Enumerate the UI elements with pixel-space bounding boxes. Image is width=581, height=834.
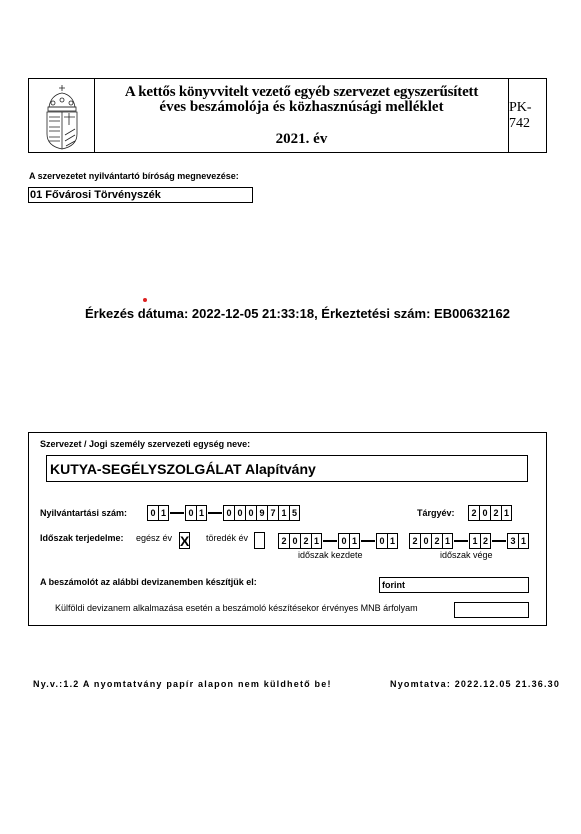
digit-cell: 2	[468, 505, 479, 521]
digit-cell: 1	[311, 533, 322, 549]
period-start-label: időszak kezdete	[298, 550, 363, 560]
digit-group: 2021	[468, 505, 512, 521]
digit-group: 0009715	[223, 505, 300, 521]
period-end-label: időszak vége	[440, 550, 493, 560]
separator-dash	[492, 540, 506, 542]
coat-of-arms-icon	[29, 79, 95, 152]
digit-group: 01	[376, 533, 398, 549]
org-name-field[interactable]: KUTYA-SEGÉLYSZOLGÁLAT Alapítvány	[46, 455, 528, 482]
digit-group: 01	[338, 533, 360, 549]
footer-version-note: Ny.v.:1.2 A nyomtatvány papír alapon nem…	[33, 679, 332, 689]
form-year: 2021. év	[95, 131, 508, 148]
digit-cell: 9	[256, 505, 267, 521]
digit-cell: 0	[479, 505, 490, 521]
period-start-field[interactable]: 20210101	[278, 533, 398, 549]
currency-field[interactable]: forint	[379, 577, 529, 593]
separator-dash	[170, 512, 184, 514]
digit-group: 31	[507, 533, 529, 549]
form-title: A kettős könyvvitelt vezető egyéb szerve…	[95, 79, 509, 152]
digit-cell: 2	[490, 505, 501, 521]
digit-cell: 0	[376, 533, 387, 549]
registration-number-field[interactable]: 01010009715	[147, 505, 300, 521]
digit-group: 2021	[409, 533, 453, 549]
digit-cell: 1	[469, 533, 480, 549]
digit-cell: 2	[409, 533, 420, 549]
logo-cell	[29, 79, 95, 152]
partial-year-checkbox[interactable]	[254, 532, 265, 549]
red-marker	[143, 298, 147, 302]
separator-dash	[323, 540, 337, 542]
separator-dash	[361, 540, 375, 542]
whole-year-checkbox[interactable]: X	[179, 532, 190, 549]
title-line-1: A kettős könyvvitelt vezető egyéb szerve…	[95, 85, 508, 100]
digit-group: 01	[147, 505, 169, 521]
digit-cell: 2	[431, 533, 442, 549]
digit-cell: 1	[349, 533, 360, 549]
mnb-rate-label: Külföldi devizanem alkalmazása esetén a …	[55, 603, 418, 613]
digit-cell: 1	[387, 533, 398, 549]
registration-label: Nyilvántartási szám:	[40, 508, 127, 518]
mnb-rate-field[interactable]	[454, 602, 529, 618]
currency-label: A beszámolót az alábbi devizanemben kész…	[40, 577, 257, 587]
period-label: Időszak terjedelme:	[40, 533, 124, 543]
digit-cell: 0	[234, 505, 245, 521]
digit-cell: 0	[185, 505, 196, 521]
digit-cell: 1	[158, 505, 169, 521]
title-line-2: éves beszámolója és közhasznúsági mellék…	[95, 100, 508, 115]
whole-year-label: egész év	[136, 533, 172, 543]
digit-cell: 1	[196, 505, 207, 521]
digit-cell: 1	[518, 533, 529, 549]
digit-group: 12	[469, 533, 491, 549]
org-name-label: Szervezet / Jogi személy szervezeti egys…	[40, 439, 250, 449]
digit-cell: 0	[147, 505, 158, 521]
digit-cell: 0	[420, 533, 431, 549]
subject-year-label: Tárgyév:	[417, 508, 455, 518]
digit-group: 2021	[278, 533, 322, 549]
court-field[interactable]: 01 Fővárosi Törvényszék	[28, 187, 253, 203]
form-header: A kettős könyvvitelt vezető egyéb szerve…	[28, 78, 547, 153]
digit-cell: 2	[300, 533, 311, 549]
digit-cell: 7	[267, 505, 278, 521]
digit-cell: 1	[278, 505, 289, 521]
digit-cell: 2	[278, 533, 289, 549]
separator-dash	[208, 512, 222, 514]
digit-cell: 2	[480, 533, 491, 549]
court-label: A szervezetet nyilvántartó bíróság megne…	[29, 171, 239, 181]
digit-cell: 0	[338, 533, 349, 549]
digit-cell: 1	[501, 505, 512, 521]
digit-cell: 3	[507, 533, 518, 549]
digit-group: 01	[185, 505, 207, 521]
digit-cell: 0	[245, 505, 256, 521]
footer-print-date: Nyomtatva: 2022.12.05 21.36.30	[390, 679, 560, 689]
period-end-field[interactable]: 20211231	[409, 533, 529, 549]
form-code: PK-742	[509, 79, 546, 152]
separator-dash	[454, 540, 468, 542]
digit-cell: 0	[289, 533, 300, 549]
arrival-info: Érkezés dátuma: 2022-12-05 21:33:18, Érk…	[85, 306, 510, 321]
subject-year-field[interactable]: 2021	[468, 505, 512, 521]
digit-cell: 5	[289, 505, 300, 521]
digit-cell: 1	[442, 533, 453, 549]
digit-cell: 0	[223, 505, 234, 521]
partial-year-label: töredék év	[206, 533, 248, 543]
